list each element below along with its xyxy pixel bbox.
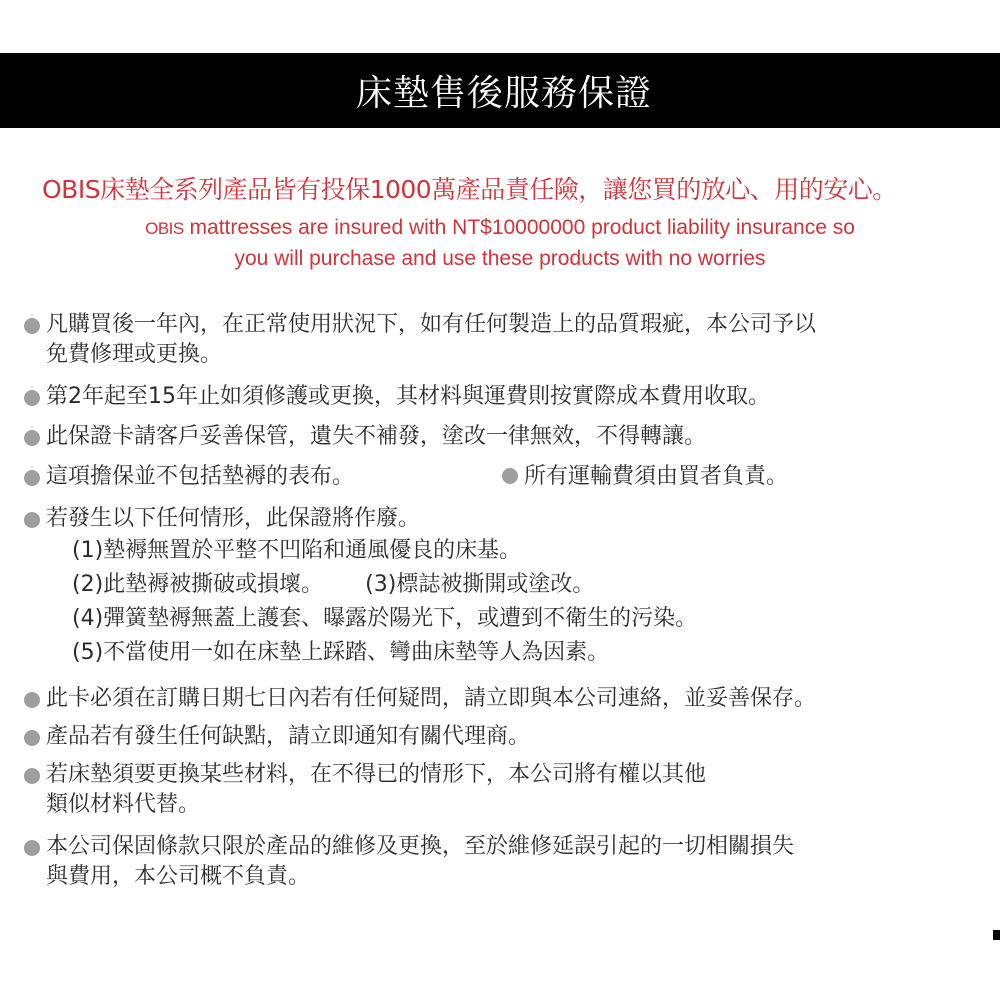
term-text: 第2年起至15年止如須修護或更換，其材料與運費則按實際成本費用收取。: [46, 382, 984, 412]
bullet-dot-icon: [24, 390, 40, 406]
condition-row: (2)此墊褥被撕破或損壞。(3)標誌被撕開或塗改。: [72, 568, 984, 602]
void-conditions: (1)墊褥無置於平整不凹陷和通風優良的床基。 (2)此墊褥被撕破或損壞。(3)標…: [46, 534, 984, 670]
term-item-4: 這項擔保並不包括墊褥的表布。所有運輸費須由買者負責。: [24, 462, 984, 492]
term-text: 此卡必須在訂購日期七日內若有任何疑問，請立即與本公司連絡，並妥善保存。: [46, 684, 984, 714]
term-text-right: 所有運輸費須由買者負責。: [524, 464, 788, 489]
term-item-1: 凡購買後一年內，在正常使用狀況下，如有任何製造上的品質瑕疵，本公司予以 免費修理…: [24, 310, 984, 370]
corner-mark: [993, 930, 1000, 940]
bullet-dot-icon: [24, 768, 40, 784]
page-title: 床墊售後服務保證: [356, 65, 652, 116]
term-item-3: 此保證卡請客戶妥善保管，遺失不補發，塗改一律無效，不得轉讓。: [24, 422, 984, 452]
warranty-card: 床墊售後服務保證 OBIS床墊全系列產品皆有投保1000萬產品責任險，讓您買的放…: [0, 0, 1000, 1000]
term-item-7: 產品若有發生任何缺點，請立即通知有關代理商。: [24, 722, 984, 752]
term-text-continued: 類似材料代替。: [46, 790, 984, 820]
term-text-continued: 免費修理或更換。: [46, 340, 984, 370]
term-text: 這項擔保並不包括墊褥的表布。: [46, 464, 354, 489]
condition-3: (3)標誌被撕開或塗改。: [365, 572, 594, 597]
bullet-dot-icon: [24, 840, 40, 856]
term-text: 本公司保固條款只限於產品的維修及更換，至於維修延誤引起的一切相關損失: [46, 832, 984, 862]
bullet-dot-icon: [24, 470, 40, 486]
condition-4: (4)彈簧墊褥無蓋上護套、曝露於陽光下，或遭到不衛生的污染。: [72, 602, 984, 636]
insurance-notice-en-line2: you will purchase and use these products…: [0, 244, 1000, 274]
condition-5: (5)不當使用一如在床墊上踩踏、彎曲床墊等人為因素。: [72, 636, 984, 670]
term-text-continued: 與費用，本公司概不負責。: [46, 862, 984, 892]
bullet-dot-icon: [24, 730, 40, 746]
term-item-5: 若發生以下任何情形，此保證將作廢。 (1)墊褥無置於平整不凹陷和通風優良的床基。…: [24, 504, 984, 670]
term-item-2: 第2年起至15年止如須修護或更換，其材料與運費則按實際成本費用收取。: [24, 382, 984, 412]
term-item-8: 若床墊須要更換某些材料，在不得已的情形下，本公司將有權以其他 類似材料代替。: [24, 760, 984, 820]
brand-name: OBIS: [145, 219, 184, 238]
term-text: 凡購買後一年內，在正常使用狀況下，如有任何製造上的品質瑕疵，本公司予以: [46, 310, 984, 340]
term-right-wrapper: 所有運輸費須由買者負責。: [502, 464, 788, 489]
header-banner: 床墊售後服務保證: [0, 53, 1000, 128]
condition-2: (2)此墊褥被撕破或損壞。: [72, 572, 323, 597]
insurance-notice-en-line1: mattresses are insured with NT$10000000 …: [184, 216, 855, 239]
insurance-notice-en: OBIS mattresses are insured with NT$1000…: [0, 213, 1000, 274]
term-item-6: 此卡必須在訂購日期七日內若有任何疑問，請立即與本公司連絡，並妥善保存。: [24, 684, 984, 714]
insurance-notice-zh: OBIS床墊全系列產品皆有投保1000萬產品責任險，讓您買的放心、用的安心。: [42, 170, 982, 206]
condition-1: (1)墊褥無置於平整不凹陷和通風優良的床基。: [72, 534, 984, 568]
bullet-dot-icon: [24, 430, 40, 446]
term-text: 若床墊須要更換某些材料，在不得已的情形下，本公司將有權以其他: [46, 760, 984, 790]
warranty-terms-list: 凡購買後一年內，在正常使用狀況下，如有任何製造上的品質瑕疵，本公司予以 免費修理…: [24, 310, 984, 892]
bullet-dot-icon: [24, 318, 40, 334]
term-text: 此保證卡請客戶妥善保管，遺失不補發，塗改一律無效，不得轉讓。: [46, 422, 984, 452]
bullet-dot-icon: [502, 468, 518, 484]
term-item-9: 本公司保固條款只限於產品的維修及更換，至於維修延誤引起的一切相關損失 與費用，本…: [24, 832, 984, 892]
bullet-dot-icon: [24, 692, 40, 708]
term-text: 產品若有發生任何缺點，請立即通知有關代理商。: [46, 722, 984, 752]
term-text: 若發生以下任何情形，此保證將作廢。: [46, 504, 984, 534]
bullet-dot-icon: [24, 512, 40, 528]
term-row: 這項擔保並不包括墊褥的表布。所有運輸費須由買者負責。: [46, 462, 984, 492]
